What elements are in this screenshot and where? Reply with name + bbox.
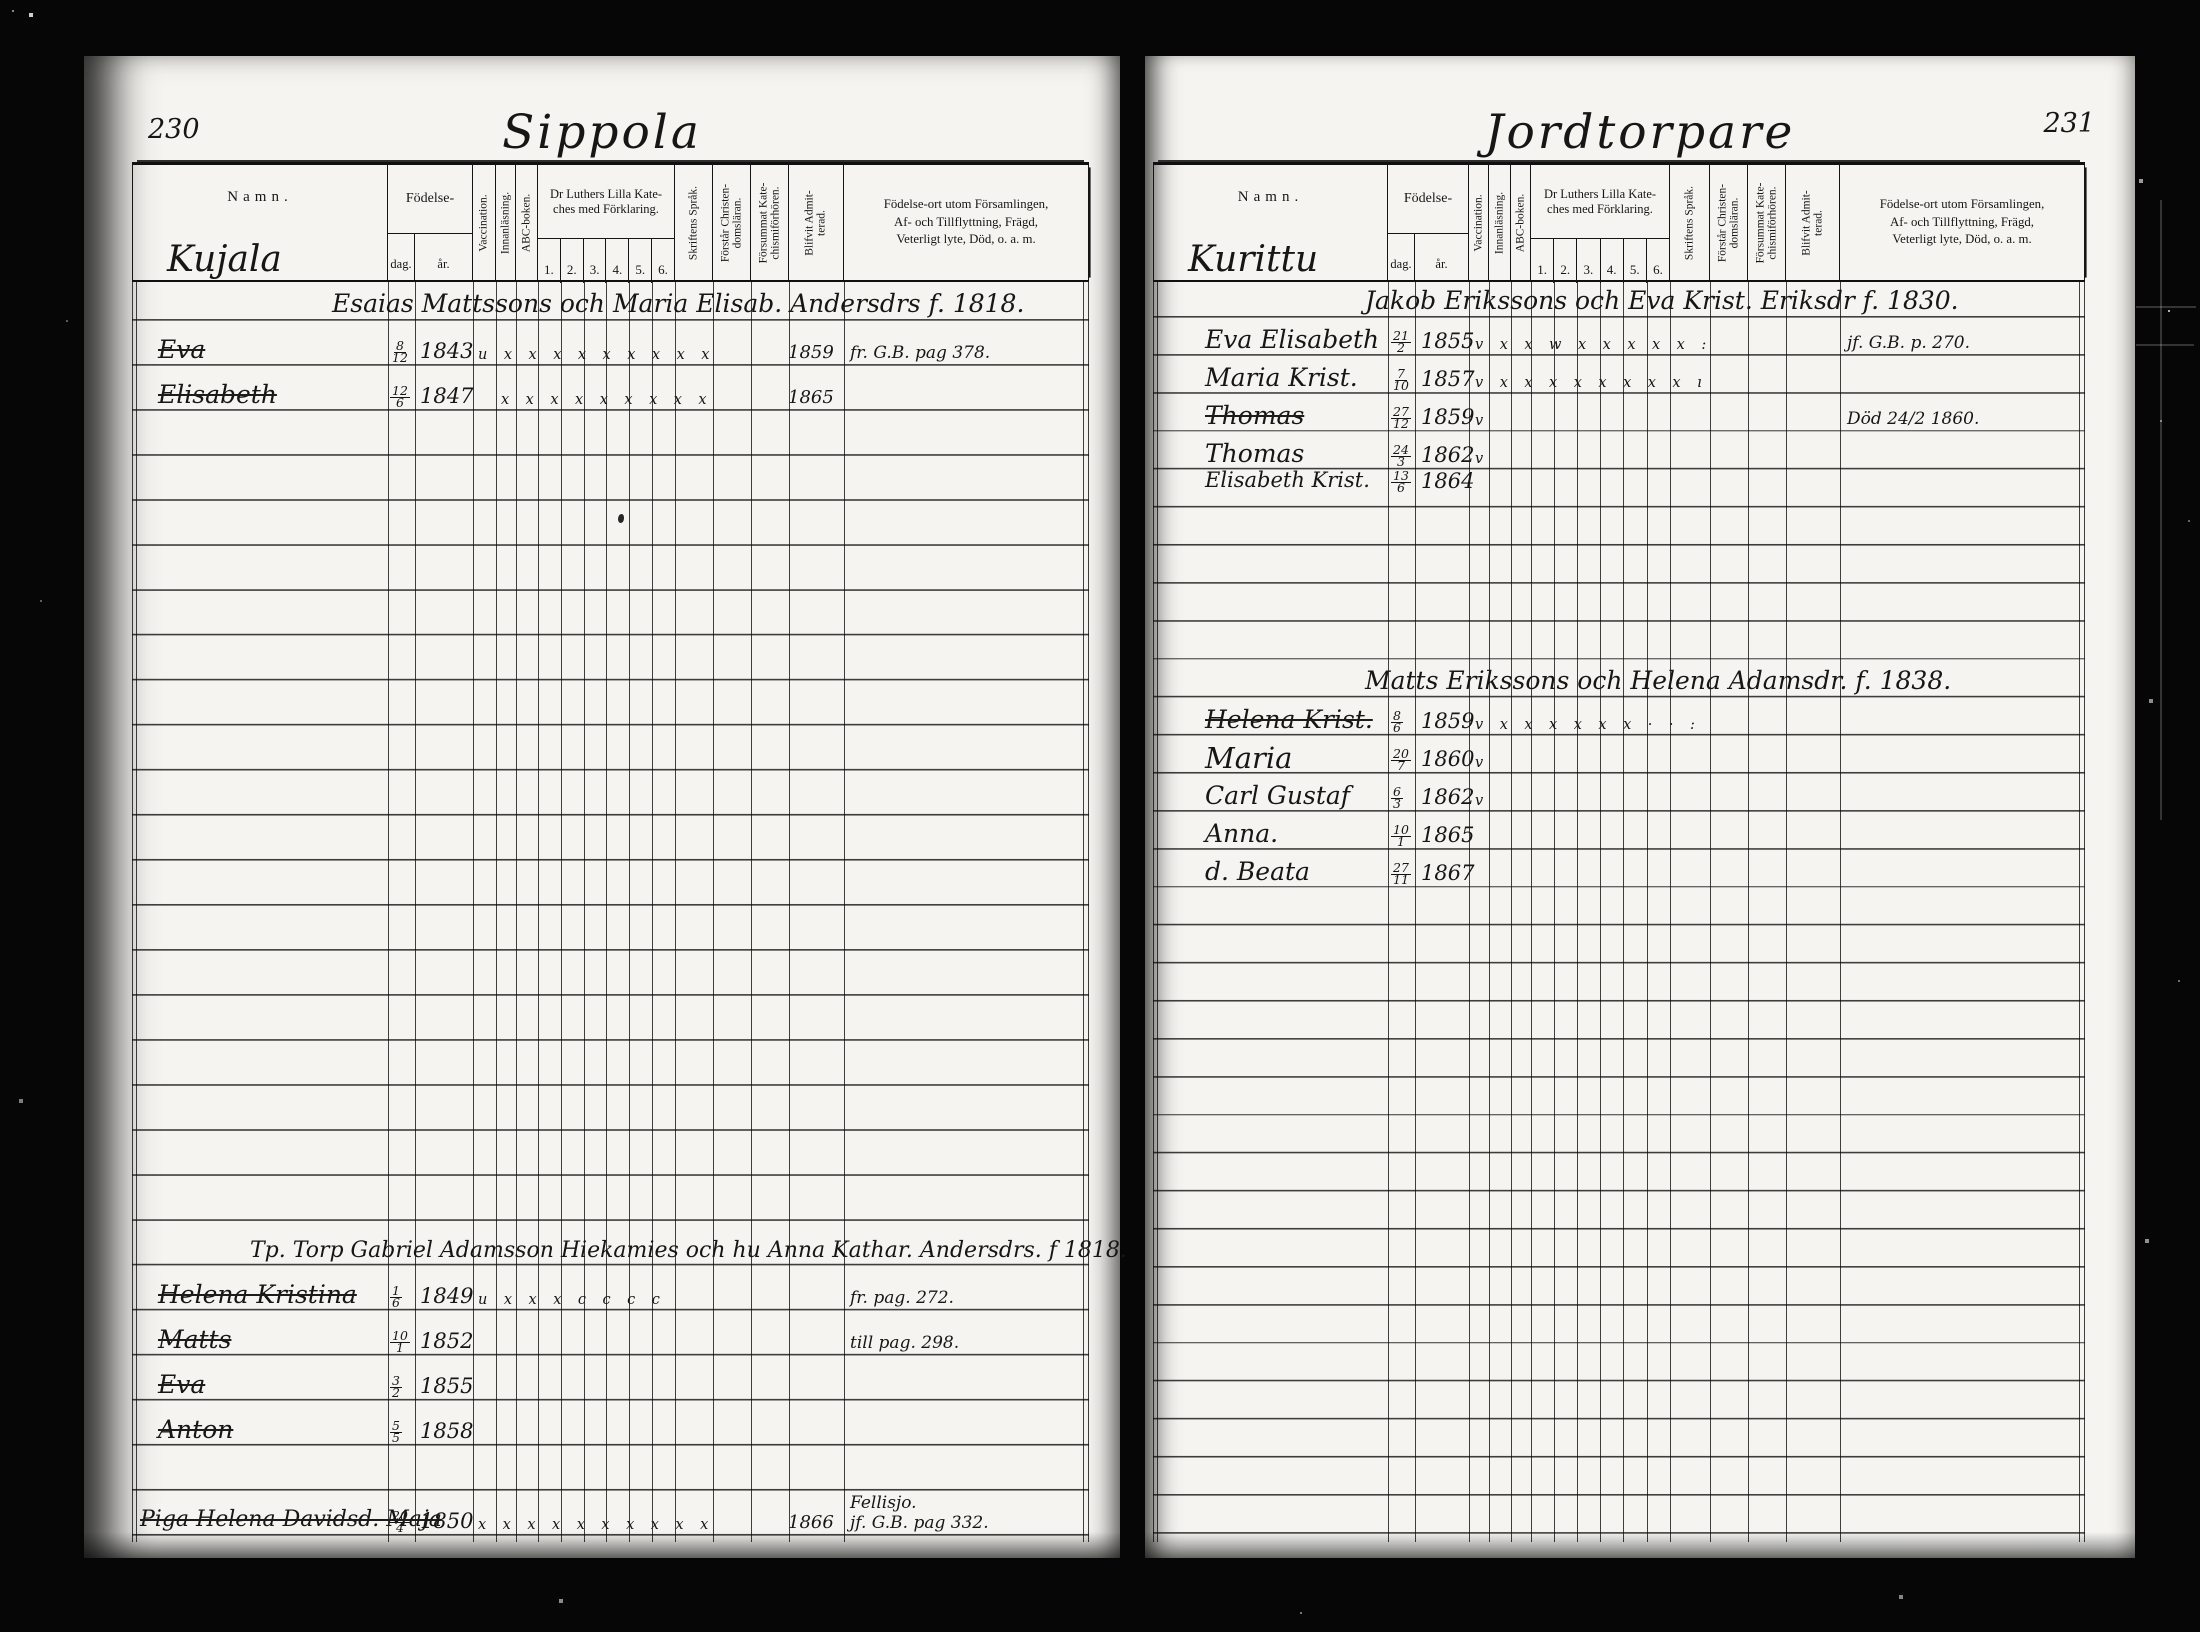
- record-row: Elisabeth 126 1847 xxxxxxxxx 1865: [132, 372, 1089, 409]
- kateches-col-2: 2.: [1554, 239, 1577, 283]
- column-skriftens-sprak: Skriftens Språk.: [675, 165, 713, 280]
- birth-year: 1855: [420, 1374, 473, 1398]
- record-row: Anton 55 1858: [132, 1407, 1089, 1444]
- record-name: Anna.: [1205, 821, 1278, 847]
- column-label-dag: dag.: [388, 234, 415, 280]
- left-page: 230 Sippola Namn. Kujala Födelse- dag. å…: [84, 56, 1120, 1558]
- catechism-marks: uxxxxxxxxx: [478, 347, 726, 363]
- record-row: Thomas 2712 1859 v Död 24/2 1860.: [1153, 396, 2085, 430]
- family-header-row: Jakob Erikssons och Eva Krist. Eriksdr f…: [1153, 282, 2085, 316]
- kateches-col-3: 3.: [1577, 239, 1600, 283]
- page-title: Sippola: [84, 105, 1120, 160]
- catechism-marks: v: [1475, 793, 1500, 809]
- record-name: Helena Kristina: [158, 1282, 357, 1308]
- column-label-notes-3: Veterligt lyte, Död, o. a. m.: [1840, 231, 2084, 249]
- column-label-forsummat-1: Försummat Kate-: [1755, 166, 1767, 280]
- birth-date: 212: [1391, 331, 1411, 353]
- record-name: Helena Krist.: [1205, 707, 1373, 733]
- kateches-col-4: 4.: [606, 239, 629, 283]
- birth-date: 55: [390, 1421, 402, 1443]
- column-label-innanlasning: Innanläsning.: [500, 166, 512, 280]
- catechism-marks: v: [1475, 413, 1500, 429]
- column-abc-boken: ABC-boken.: [516, 165, 538, 280]
- birth-year: 1862: [1421, 785, 1474, 809]
- column-forstar: Förstår Christen- domsläran.: [1710, 165, 1748, 280]
- scan-streak: [2136, 344, 2194, 346]
- village-name: Kujala: [133, 240, 387, 280]
- family-header: Esaias Mattssons och Maria Elisab. Ander…: [332, 289, 1024, 318]
- birth-date: 32: [390, 1376, 402, 1398]
- catechism-marks: xxxxxxxxxx: [478, 1517, 725, 1533]
- column-label-fodelse: Födelse-: [388, 165, 472, 234]
- record-name: Matts: [158, 1327, 231, 1353]
- column-label-blifvit-1: Blifvit Admit-: [1801, 166, 1813, 280]
- record-row: Maria 207 1860 v: [1153, 738, 2085, 772]
- margin-note: till pag. 298.: [850, 1333, 959, 1353]
- record-row: Anna. 101 1865: [1153, 814, 2085, 848]
- family-header: Matts Erikssons och Helena Adamsdr. f. 1…: [1365, 666, 1951, 695]
- column-label-kateches-2: ches med Förklaring.: [1531, 202, 1669, 217]
- birth-date: 63: [1391, 787, 1403, 809]
- column-label-notes-3: Veterligt lyte, Död, o. a. m.: [844, 231, 1088, 249]
- record-name: Thomas: [1205, 403, 1304, 429]
- birth-year: 1858: [420, 1419, 473, 1443]
- margin-note: fr. G.B. pag 378.: [850, 343, 990, 363]
- record-name: Maria: [1205, 745, 1292, 771]
- village-name: Kurittu: [1154, 240, 1387, 280]
- birth-date: 2711: [1391, 863, 1411, 885]
- column-vaccination: Vaccination.: [473, 165, 496, 280]
- family-header-row: Esaias Mattssons och Maria Elisab. Ander…: [132, 282, 1089, 319]
- birth-year: 1850: [420, 1509, 473, 1533]
- column-label-dag: dag.: [1388, 234, 1415, 280]
- column-label-vaccination: Vaccination.: [1473, 166, 1485, 280]
- margin-note: fr. pag. 272.: [850, 1288, 954, 1308]
- column-label-notes-2: Af- och Tillflyttning, Frägd,: [844, 214, 1088, 232]
- ink-blot: [618, 514, 624, 523]
- catechism-marks: xxxxxxxxx: [501, 392, 723, 408]
- column-label-namn: Namn.: [1154, 189, 1387, 206]
- column-label-kateches-2: ches med Förklaring.: [538, 202, 674, 217]
- record-row: Elisabeth Krist. 136 1864: [1153, 464, 2085, 494]
- record-row: Carl Gustaf 63 1862 v: [1153, 776, 2085, 810]
- kateches-col-1: 1.: [1531, 239, 1554, 283]
- catechism-marks: v: [1475, 755, 1500, 771]
- left-table-header: Namn. Kujala Födelse- dag. år. Vaccinati…: [132, 162, 1089, 282]
- record-name: Anton: [158, 1417, 233, 1443]
- record-name: Elisabeth Krist.: [1205, 467, 1370, 493]
- right-page: 231 Jordtorpare Namn. Kurittu Födelse- d…: [1145, 56, 2135, 1558]
- column-forsummat: Försummat Kate- chismiförhören.: [1748, 165, 1786, 280]
- birth-date: 136: [1391, 471, 1411, 493]
- column-label-forsummat-2: chismiförhören.: [1767, 166, 1779, 280]
- column-innanlasning: Innanläsning.: [496, 165, 516, 280]
- record-name: d. Beata: [1205, 859, 1310, 885]
- kateches-col-6: 6.: [652, 239, 674, 283]
- record-row: Eva Elisabeth 212 1855 vxxwxxxxx: jf. G.…: [1153, 320, 2085, 354]
- column-forstar: Förstår Christen- domsläran.: [713, 165, 751, 280]
- kateches-col-2: 2.: [561, 239, 584, 283]
- kateches-col-1: 1.: [538, 239, 561, 283]
- column-label-ar: år.: [415, 234, 472, 280]
- record-row: Eva 812 1843 uxxxxxxxxx 1859 fr. G.B. pa…: [132, 327, 1089, 364]
- family-header: Jakob Erikssons och Eva Krist. Eriksdr f…: [1365, 286, 1959, 315]
- birth-date: 16: [390, 1286, 402, 1308]
- column-label-skriftens: Skriftens Språk.: [688, 166, 700, 280]
- birth-year: 1852: [420, 1329, 473, 1353]
- right-table-header: Namn. Kurittu Födelse- dag. år. Vaccinat…: [1153, 162, 2085, 282]
- column-label-notes-2: Af- och Tillflyttning, Frägd,: [1840, 214, 2084, 232]
- kateches-col-6: 6.: [1647, 239, 1669, 283]
- birth-date: 101: [390, 1331, 410, 1353]
- record-name: Carl Gustaf: [1205, 783, 1350, 809]
- register-book-spread: 230 Sippola Namn. Kujala Födelse- dag. å…: [84, 56, 2135, 1558]
- birth-date: 126: [390, 386, 410, 408]
- column-label-vaccination: Vaccination.: [478, 166, 490, 280]
- column-label-forsummat-1: Försummat Kate-: [758, 166, 770, 280]
- scan-streak: [2136, 306, 2196, 308]
- birth-year: 1849: [420, 1284, 473, 1308]
- birth-year: 1859: [1421, 405, 1474, 429]
- column-label-fodelse: Födelse-: [1388, 165, 1468, 234]
- column-blifvit-admitterad: Blifvit Admit- terad.: [789, 165, 844, 280]
- column-fodelse: Födelse- dag. år.: [388, 165, 473, 280]
- left-page-top: 230 Sippola: [84, 56, 1120, 162]
- column-label-forstar-1: Förstår Christen-: [1717, 166, 1729, 280]
- column-namn: Namn. Kujala: [132, 165, 388, 280]
- margin-note: Död 24/2 1860.: [1847, 409, 1979, 429]
- birth-date: 86: [1391, 711, 1403, 733]
- margin-note: Fellisjo. jf. G.B. pag 332.: [850, 1493, 989, 1533]
- column-label-blifvit-1: Blifvit Admit-: [805, 166, 817, 280]
- column-label-namn: Namn.: [133, 189, 387, 206]
- column-label-forstar-2: domsläran.: [1729, 166, 1741, 280]
- family-header-row: Tp. Torp Gabriel Adamsson Hiekamies och …: [132, 1227, 1089, 1264]
- kateches-col-5: 5.: [629, 239, 652, 283]
- column-notes: Födelse-ort utom Församlingen, Af- och T…: [844, 165, 1089, 280]
- column-kateches: Dr Luthers Lilla Kate- ches med Förklari…: [538, 165, 675, 280]
- birth-year: 1859: [1421, 709, 1474, 733]
- column-skriftens-sprak: Skriftens Språk.: [1670, 165, 1710, 280]
- catechism-marks: uxxxcccc: [478, 1292, 676, 1308]
- column-label-notes-1: Födelse-ort utom Församlingen,: [1840, 196, 2084, 214]
- column-innanlasning: Innanläsning.: [1489, 165, 1511, 280]
- record-row: Eva 32 1855: [132, 1362, 1089, 1399]
- birth-year: 1864: [1421, 469, 1474, 493]
- record-row: d. Beata 2711 1867: [1153, 852, 2085, 886]
- column-label-blifvit-2: terad.: [1813, 166, 1825, 280]
- page-title: Jordtorpare: [1145, 105, 2135, 160]
- birth-date: 204: [390, 1511, 410, 1533]
- birth-date: 101: [1391, 825, 1411, 847]
- column-label-kateches-1: Dr Luthers Lilla Kate-: [1531, 187, 1669, 202]
- family-header: Tp. Torp Gabriel Adamsson Hiekamies och …: [250, 1238, 1127, 1263]
- catechism-marks: vxxxxxx··:: [1475, 717, 1711, 733]
- kateches-col-5: 5.: [1624, 239, 1647, 283]
- left-table-body: Esaias Mattssons och Maria Elisab. Ander…: [132, 282, 1089, 1542]
- record-row: Helena Kristina 16 1849 uxxxcccc fr. pag…: [132, 1272, 1089, 1309]
- kateches-col-3: 3.: [584, 239, 607, 283]
- column-label-blifvit-2: terad.: [816, 166, 828, 280]
- birth-year: 1867: [1421, 861, 1474, 885]
- record-name: Maria Krist.: [1205, 365, 1358, 391]
- column-forsummat: Försummat Kate- chismiförhören.: [751, 165, 789, 280]
- margin-note: jf. G.B. p. 270.: [1847, 333, 1970, 353]
- column-notes: Födelse-ort utom Församlingen, Af- och T…: [1840, 165, 2085, 280]
- birth-year: 1860: [1421, 747, 1474, 771]
- catechism-marks: vxxxxxxxxı: [1475, 375, 1718, 391]
- birth-year: 1847: [420, 384, 473, 408]
- record-name: Eva: [158, 1372, 205, 1398]
- birth-date: 207: [1391, 749, 1411, 771]
- column-label-forstar-1: Förstår Christen-: [720, 166, 732, 280]
- column-label-kateches-1: Dr Luthers Lilla Kate-: [538, 187, 674, 202]
- record-row: Matts 101 1852 till pag. 298.: [132, 1317, 1089, 1354]
- column-label-skriftens: Skriftens Språk.: [1684, 166, 1696, 280]
- record-name: Eva Elisabeth: [1205, 327, 1379, 353]
- admitted-year: 1866: [788, 1512, 834, 1533]
- family-header-row: Matts Erikssons och Helena Adamsdr. f. 1…: [1153, 662, 2085, 696]
- column-abc-boken: ABC-boken.: [1511, 165, 1531, 280]
- birth-year: 1857: [1421, 367, 1474, 391]
- record-row: Piga Helena Davidsd. Maja 204 1850 xxxxx…: [132, 1497, 1089, 1534]
- kateches-col-4: 4.: [1601, 239, 1624, 283]
- birth-year: 1843: [420, 339, 473, 363]
- scan-noise-specks: [0, 0, 2, 2]
- admitted-year: 1859: [788, 342, 834, 363]
- birth-date: 710: [1391, 369, 1411, 391]
- column-label-abc-boken: ABC-boken.: [1515, 166, 1527, 280]
- admitted-year: 1865: [788, 387, 834, 408]
- catechism-marks: vxxwxxxxx:: [1475, 337, 1723, 353]
- record-name: Elisabeth: [158, 382, 277, 408]
- column-label-innanlasning: Innanläsning.: [1494, 166, 1506, 280]
- column-label-abc-boken: ABC-boken.: [521, 166, 533, 280]
- column-vaccination: Vaccination.: [1469, 165, 1489, 280]
- right-page-top: 231 Jordtorpare: [1145, 56, 2135, 162]
- column-label-forstar-2: domsläran.: [732, 166, 744, 280]
- scan-streak: [2160, 200, 2162, 820]
- birth-year: 1865: [1421, 823, 1474, 847]
- birth-date: 812: [390, 341, 410, 363]
- birth-date: 2712: [1391, 407, 1411, 429]
- right-table-body: Jakob Erikssons och Eva Krist. Eriksdr f…: [1153, 282, 2085, 1542]
- birth-year: 1855: [1421, 329, 1474, 353]
- column-blifvit-admitterad: Blifvit Admit- terad.: [1786, 165, 1840, 280]
- column-label-notes-1: Födelse-ort utom Församlingen,: [844, 196, 1088, 214]
- column-label-ar: år.: [1415, 234, 1468, 280]
- record-row: Helena Krist. 86 1859 vxxxxxx··:: [1153, 700, 2085, 734]
- column-kateches: Dr Luthers Lilla Kate- ches med Förklari…: [1531, 165, 1670, 280]
- column-fodelse: Födelse- dag. år.: [1388, 165, 1469, 280]
- column-label-forsummat-2: chismiförhören.: [770, 166, 782, 280]
- record-name: Eva: [158, 337, 205, 363]
- record-row: Thomas 243 1862 v: [1153, 434, 2085, 468]
- column-namn: Namn. Kurittu: [1153, 165, 1388, 280]
- record-row: Maria Krist. 710 1857 vxxxxxxxxı: [1153, 358, 2085, 392]
